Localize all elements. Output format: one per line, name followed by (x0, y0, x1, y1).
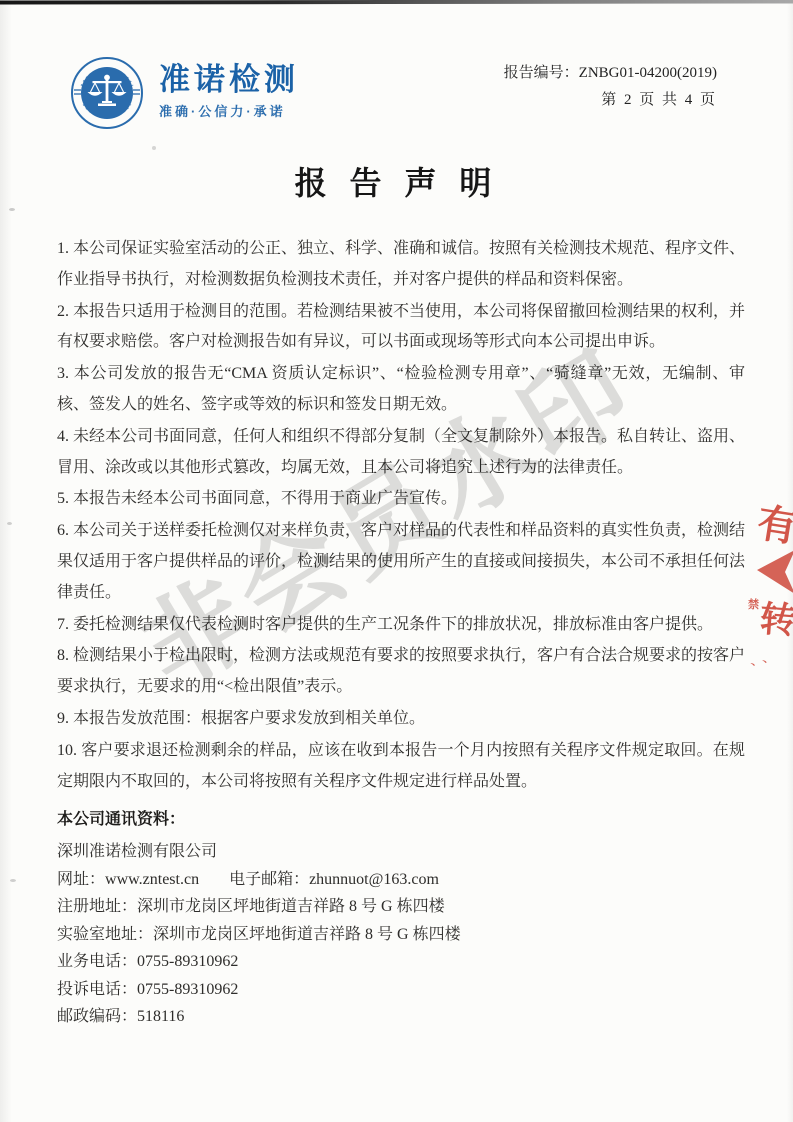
statement-item: 7. 委托检测结果仅代表检测时客户提供的生产工况条件下的排放状况，排放标准由客户… (57, 610, 745, 641)
website-value: www.zntest.cn (105, 871, 199, 888)
business-phone-value: 0755-89310962 (137, 953, 238, 970)
statement-text: 本报告未经本公司书面同意，不得用于商业广告宣传。 (73, 490, 457, 507)
statement-number: 6. (57, 522, 69, 539)
report-number-label: 报告编号： (504, 65, 579, 81)
statement-item: 6. 本公司关于送样委托检测仅对来样负责，客户对样品的代表性和样品资料的真实性负… (57, 516, 745, 608)
statement-text: 本公司发放的报告无“CMA 资质认定标识”、“检验检测专用章”、“骑缝章”无效，… (57, 365, 745, 413)
postal-code-label: 邮政编码： (57, 1008, 137, 1025)
reg-address-label: 注册地址： (57, 898, 137, 915)
seal-tiny-character: 禁 (748, 596, 759, 612)
scan-speck (10, 879, 16, 882)
statement-item: 1. 本公司保证实验室活动的公正、独立、科学、准确和诚信。按照有关检测技术规范、… (57, 234, 745, 296)
statement-text: 本报告只适用于检测目的范围。若检测结果被不当使用，本公司将保留撤回检测结果的权利… (57, 303, 745, 351)
scan-top-edge (0, 0, 793, 5)
lab-address-value: 深圳市龙岗区坪地街道吉祥路 8 号 G 栋四楼 (153, 926, 461, 943)
contact-postal-code: 邮政编码：518116 (57, 1003, 461, 1031)
email-label: 电子邮箱： (229, 871, 309, 888)
scales-of-justice-icon (70, 56, 144, 130)
statement-text: 本公司保证实验室活动的公正、独立、科学、准确和诚信。按照有关检测技术规范、程序文… (57, 240, 745, 288)
statement-number: 1. (57, 240, 69, 257)
statement-text: 检测结果小于检出限时，检测方法或规范有要求的按照要求执行，客户有合法合规要求的按… (57, 647, 745, 695)
statement-text: 委托检测结果仅代表检测时客户提供的生产工况条件下的排放状况，排放标准由客户提供。 (73, 616, 713, 633)
scan-speck (152, 146, 156, 150)
statement-number: 3. (57, 365, 69, 382)
statement-text: 客户要求退还检测剩余的样品，应该在收到本报告一个月内按照有关程序文件规定取回。在… (57, 742, 745, 790)
statement-number: 7. (57, 616, 69, 633)
reg-address-value: 深圳市龙岗区坪地街道吉祥路 8 号 G 栋四楼 (137, 898, 445, 915)
page-title: 报 告 声 明 (0, 158, 793, 204)
statement-item: 8. 检测结果小于检出限时，检测方法或规范有要求的按照要求执行，客户有合法合规要… (57, 641, 745, 703)
contact-heading: 本公司通讯资料： (57, 806, 461, 829)
statement-text: 本公司关于送样委托检测仅对来样负责，客户对样品的代表性和样品资料的真实性负责，检… (57, 522, 745, 601)
statement-number: 4. (57, 428, 69, 445)
scan-speck (7, 522, 12, 525)
complaint-phone-value: 0755-89310962 (137, 981, 238, 998)
statement-number: 5. (57, 490, 69, 507)
contact-reg-address: 注册地址：深圳市龙岗区坪地街道吉祥路 8 号 G 栋四楼 (57, 893, 461, 921)
contact-business-phone: 业务电话：0755-89310962 (57, 948, 461, 976)
statement-number: 2. (57, 303, 69, 320)
complaint-phone-label: 投诉电话： (57, 981, 137, 998)
contact-lab-address: 实验室地址：深圳市龙岗区坪地街道吉祥路 8 号 G 栋四楼 (57, 921, 461, 949)
company-name: 准诺检测 (159, 64, 299, 97)
contact-company: 深圳准诺检测有限公司 (57, 838, 461, 866)
scanned-report-page: 准诺检测 准确·公信力·承诺 报告编号：ZNBG01-04200(2019) 第… (0, 0, 793, 1122)
statement-list: 1. 本公司保证实验室活动的公正、独立、科学、准确和诚信。按照有关检测技术规范、… (57, 234, 745, 797)
contact-complaint-phone: 投诉电话：0755-89310962 (57, 976, 461, 1004)
logo-text: 准诺检测 准确·公信力·承诺 (159, 56, 299, 120)
statement-item: 4. 未经本公司书面同意，任何人和组织不得部分复制（全文复制除外）本报告。私自转… (57, 422, 745, 484)
statement-item: 3. 本公司发放的报告无“CMA 资质认定标识”、“检验检测专用章”、“骑缝章”… (57, 359, 745, 421)
business-phone-label: 业务电话： (57, 953, 137, 970)
report-meta: 报告编号：ZNBG01-04200(2019) 第 2 页 共 4 页 (504, 60, 717, 114)
statement-item: 9. 本报告发放范围：根据客户要求发放到相关单位。 (57, 704, 745, 735)
statement-item: 5. 本报告未经本公司书面同意，不得用于商业广告宣传。 (57, 484, 745, 515)
postal-code-value: 518116 (137, 1008, 184, 1025)
email-value: zhunnuot@163.com (309, 871, 439, 888)
company-logo: 准诺检测 准确·公信力·承诺 (70, 56, 299, 130)
statement-item: 10. 客户要求退还检测剩余的样品，应该在收到本报告一个月内按照有关程序文件规定… (57, 736, 745, 798)
page-indicator: 第 2 页 共 4 页 (504, 87, 717, 114)
statement-text: 未经本公司书面同意，任何人和组织不得部分复制（全文复制除外）本报告。私自转让、盗… (57, 428, 745, 476)
scan-speck (9, 208, 15, 211)
statement-item: 2. 本报告只适用于检测目的范围。若检测结果被不当使用，本公司将保留撤回检测结果… (57, 297, 745, 359)
company-tagline: 准确·公信力·承诺 (159, 101, 299, 120)
red-seal-fragment: 有 转 禁 、、 (745, 492, 793, 682)
seal-dots: 、、 (747, 644, 782, 671)
report-number-line: 报告编号：ZNBG01-04200(2019) (504, 60, 717, 87)
statement-number: 10. (57, 742, 77, 759)
contact-web-email-line: 网址：www.zntest.cn电子邮箱：zhunnuot@163.com (57, 866, 461, 894)
statement-number: 8. (57, 647, 69, 664)
statement-number: 9. (57, 710, 69, 727)
scan-left-edge (0, 0, 12, 1122)
report-number-value: ZNBG01-04200(2019) (579, 65, 717, 81)
website-label: 网址： (57, 871, 105, 888)
lab-address-label: 实验室地址： (57, 926, 153, 943)
scan-right-edge (787, 0, 793, 1122)
statement-text: 本报告发放范围：根据客户要求发放到相关单位。 (73, 710, 425, 727)
contact-block: 本公司通讯资料： 深圳准诺检测有限公司 网址：www.zntest.cn电子邮箱… (57, 806, 461, 1031)
